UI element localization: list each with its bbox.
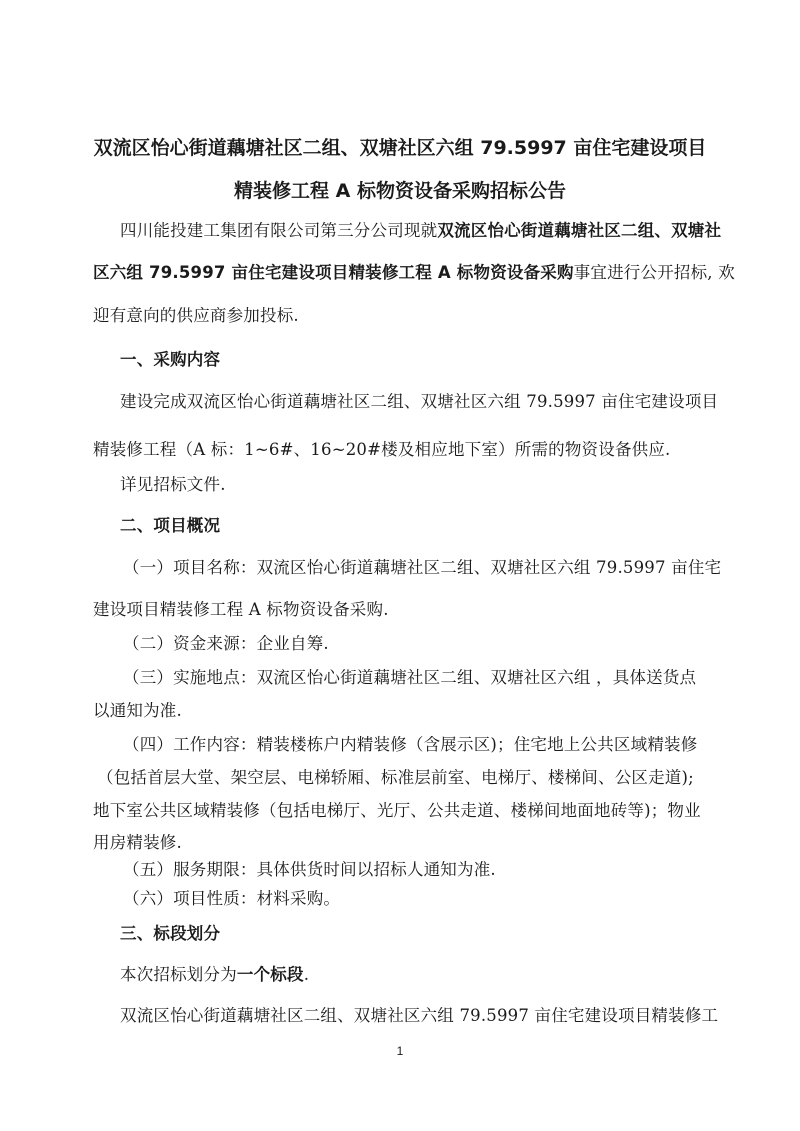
section-1-line-1: 建设完成双流区怡心街道藕塘社区二组、双塘社区六组 79.5997 亩住宅建设项目 [120, 388, 718, 412]
section-2-item-3-line-1: （三）实施地点：双流区怡心街道藕塘社区二组、双塘社区六组 ，具体送货点 [123, 664, 696, 688]
section-2-item-2: （二）资金来源：企业自筹. [123, 630, 329, 654]
document-page: 双流区怡心街道藕塘社区二组、双塘社区六组 79.5997 亩住宅建设项目 精装修… [0, 0, 800, 1131]
section-2-item-1-line-1: （一）项目名称：双流区怡心街道藕塘社区二组、双塘社区六组 79.5997 亩住宅 [123, 554, 721, 578]
section-2-item-1-line-2: 建设项目精装修工程 A 标物资设备采购. [93, 596, 389, 620]
intro-project-name-cont: 区六组 79.5997 亩住宅建设项目精装修工程 A 标物资设备采购 [93, 263, 574, 282]
document-title-line-2: 精装修工程 A 标物资设备采购招标公告 [0, 176, 800, 203]
intro-line-2: 区六组 79.5997 亩住宅建设项目精装修工程 A 标物资设备采购事宜进行公开… [93, 259, 735, 283]
section-2-item-4-line-2: （包括首层大堂、架空层、电梯轿厢、标准层前室、电梯厅、楼梯间、公区走道); [97, 764, 694, 788]
section-2-item-4-line-1: （四）工作内容：精装楼栋户内精装修（含展示区)；住宅地上公共区域精装修 [123, 731, 697, 755]
document-title-line-1: 双流区怡心街道藕塘社区二组、双塘社区六组 79.5997 亩住宅建设项目 [0, 133, 800, 160]
intro-plain-text: 四川能投建工集团有限公司第三分公司现就 [120, 221, 437, 240]
section-3-heading: 三、标段划分 [120, 920, 220, 944]
section-1-heading: 一、采购内容 [120, 346, 220, 370]
section-3-line-2: 双流区怡心街道藕塘社区二组、双塘社区六组 79.5997 亩住宅建设项目精装修工 [120, 1002, 718, 1026]
section-3-bold-text: 一个标段 [237, 965, 304, 984]
section-3-period: . [304, 965, 309, 984]
intro-line-1: 四川能投建工集团有限公司第三分公司现就双流区怡心街道藕塘社区二组、双塘社 [120, 217, 721, 241]
section-2-heading: 二、项目概况 [120, 512, 220, 536]
section-3-line-1: 本次招标划分为一个标段. [120, 961, 309, 985]
section-2-item-4-line-3: 地下室公共区域精装修（包括电梯厅、光厅、公共走道、楼梯间地面地砖等)；物业 [93, 797, 701, 821]
section-3-plain-text: 本次招标划分为 [120, 965, 237, 984]
intro-project-name: 双流区怡心街道藕塘社区二组、双塘社 [437, 221, 721, 240]
intro-line-3: 迎有意向的供应商参加投标. [93, 302, 299, 326]
section-1-line-2: 精装修工程（A 标：1~6#、16~20#楼及相应地下室）所需的物资设备供应. [93, 436, 671, 460]
section-2-item-5: （五）服务期限：具体供货时间以招标人通知为准. [123, 856, 496, 880]
section-1-line-3: 详见招标文件. [120, 471, 226, 495]
intro-plain-text-2: 事宜进行公开招标, 欢 [574, 263, 735, 282]
page-number: 1 [0, 1044, 800, 1058]
section-2-item-3-line-2: 以通知为准. [93, 697, 182, 721]
section-2-item-6: （六）项目性质：材料采购。 [123, 885, 340, 909]
section-2-item-4-line-4: 用房精装修. [93, 829, 182, 853]
